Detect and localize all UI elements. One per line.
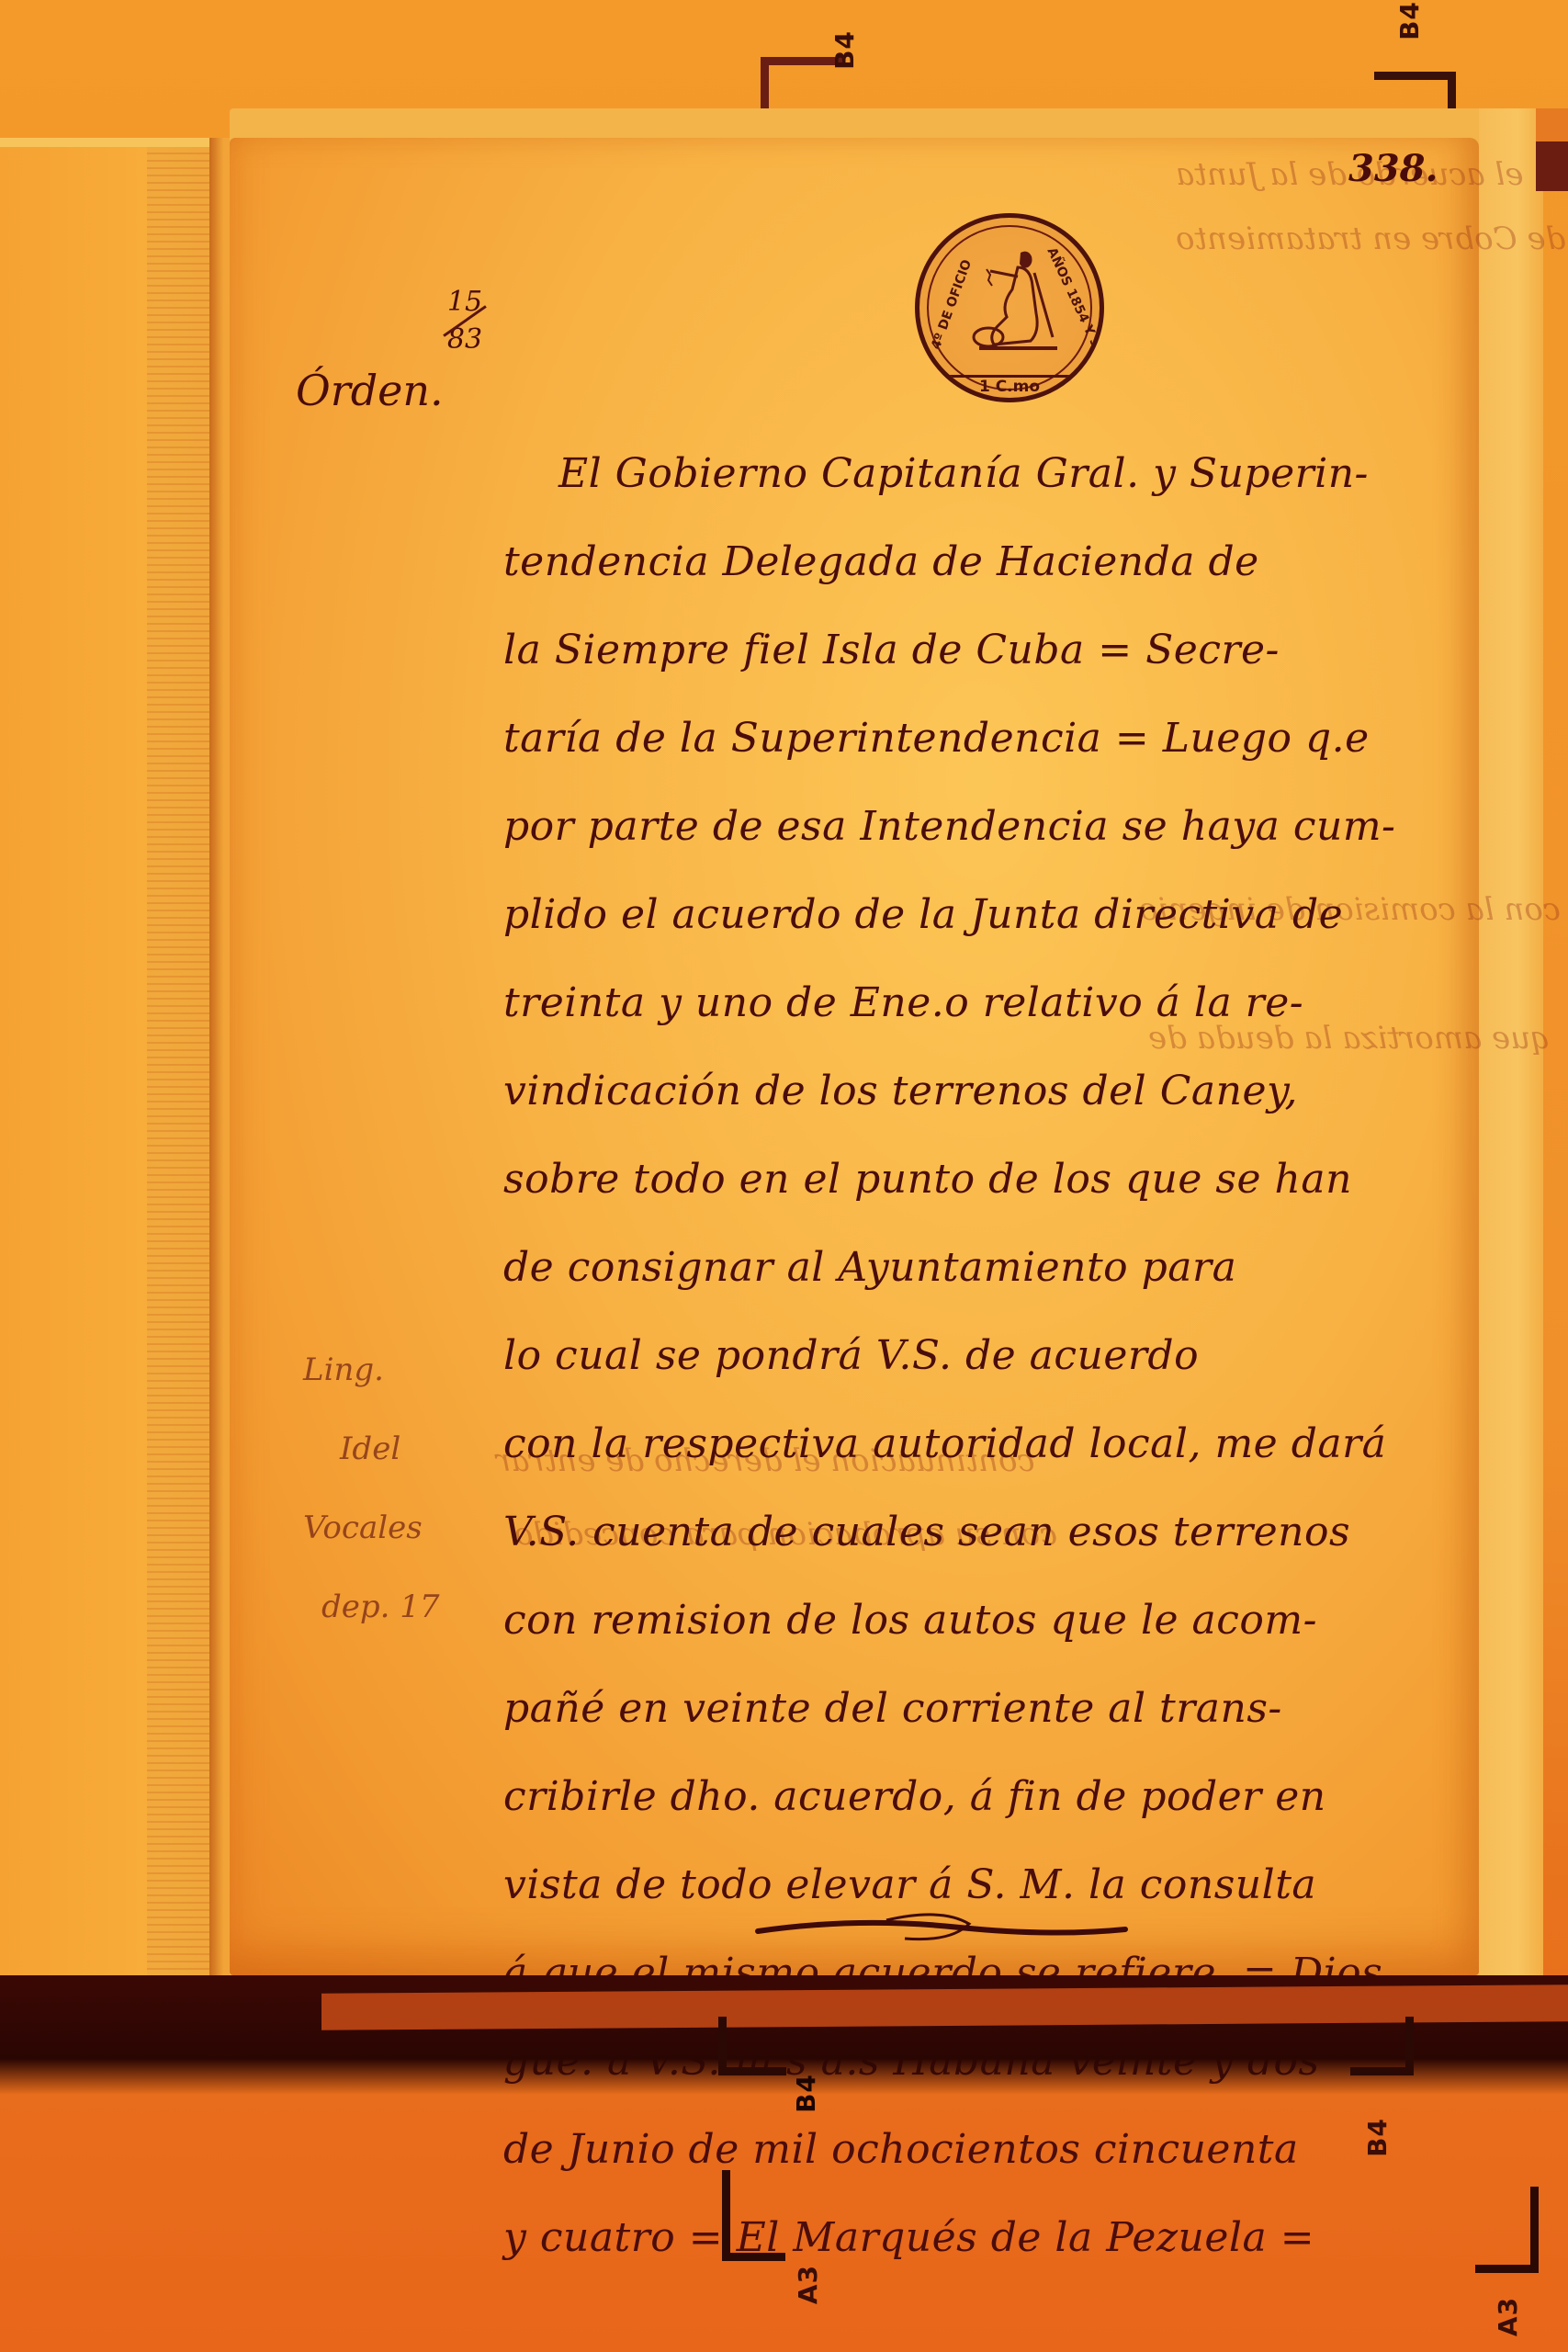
body-line: El Gobierno Capitanía Gral. y Superin- [503, 430, 1275, 518]
registration-label-bottom-center-upper: B4 [791, 2074, 821, 2113]
registration-mark-bottom-right-lower [1475, 2187, 1539, 2273]
body-line: sobre todo en el punto de los que se han [503, 1136, 1275, 1224]
body-line: V.S. cuenta de cuales sean esos terrenos [503, 1488, 1275, 1577]
bleed-through-text: de Cobre en tratamiento [1176, 220, 1565, 257]
registration-label-top-right: B4 [1394, 1, 1425, 40]
body-line: vindicación de los terrenos del Caney, [503, 1047, 1275, 1136]
body-line: taría de la Superintendencia = Luego q.e [503, 695, 1275, 783]
margin-note: dep. 17 [303, 1567, 505, 1646]
registration-label-bottom-right-lower: A3 [1493, 2297, 1523, 2336]
margin-note: Vocales [303, 1488, 505, 1567]
tax-stamp: 4º DE OFICIO AÑOS 1854 Y 55 1 C.mo [915, 213, 1104, 402]
folio-number: 338. [1348, 147, 1438, 190]
body-line: pañé en veinte del corriente al trans- [503, 1665, 1275, 1753]
body-line: lo cual se pondrá V.S. de acuerdo [503, 1312, 1275, 1400]
body-line: tendencia Delegada de Hacienda de [503, 518, 1275, 606]
body-line: con la respectiva autoridad local, me da… [503, 1400, 1275, 1488]
signature-flourish [749, 1911, 1134, 1948]
stamp-value: 1 C.mo [919, 375, 1100, 396]
registration-mark-bottom-center-lower [722, 2170, 785, 2261]
body-line: y cuatro = El Marqués de la Pezuela = [503, 2194, 1275, 2282]
body-line: con remision de los autos que le acom- [503, 1577, 1275, 1665]
body-line: treinta y uno de Ene.o relativo á la re- [503, 959, 1275, 1047]
registration-label-bottom-center-lower: A3 [793, 2265, 823, 2304]
margin-note: Idel [303, 1409, 505, 1488]
registration-mark-bottom-center-upper [718, 2017, 786, 2075]
body-line: por parte de esa Intendencia se haya cum… [503, 783, 1275, 871]
body-line: cribirle dho. acuerdo, á fin de poder en [503, 1753, 1275, 1841]
margin-note: Ling. [303, 1330, 505, 1409]
margin-notes: Ling. Idel Vocales dep. 17 [303, 1330, 505, 1646]
margin-heading: Órden. [296, 366, 444, 415]
body-line: la Siempre fiel Isla de Cuba = Secre- [503, 606, 1275, 695]
binding-cloth [147, 147, 211, 1975]
body-line: de consignar al Ayuntamiento para [503, 1224, 1275, 1312]
body-line: plido el acuerdo de la Junta directiva d… [503, 871, 1275, 959]
body-line: de Junio de mil ochocientos cincuenta [503, 2106, 1275, 2194]
page-edge-tab [1536, 108, 1568, 191]
book-gutter [209, 138, 230, 1975]
registration-mark-bottom-right-upper [1350, 2017, 1414, 2075]
registration-label-bottom-right-upper: B4 [1362, 2118, 1393, 2157]
reference-number: 15 83 [439, 287, 491, 356]
registration-label-top-center: B4 [829, 30, 860, 70]
